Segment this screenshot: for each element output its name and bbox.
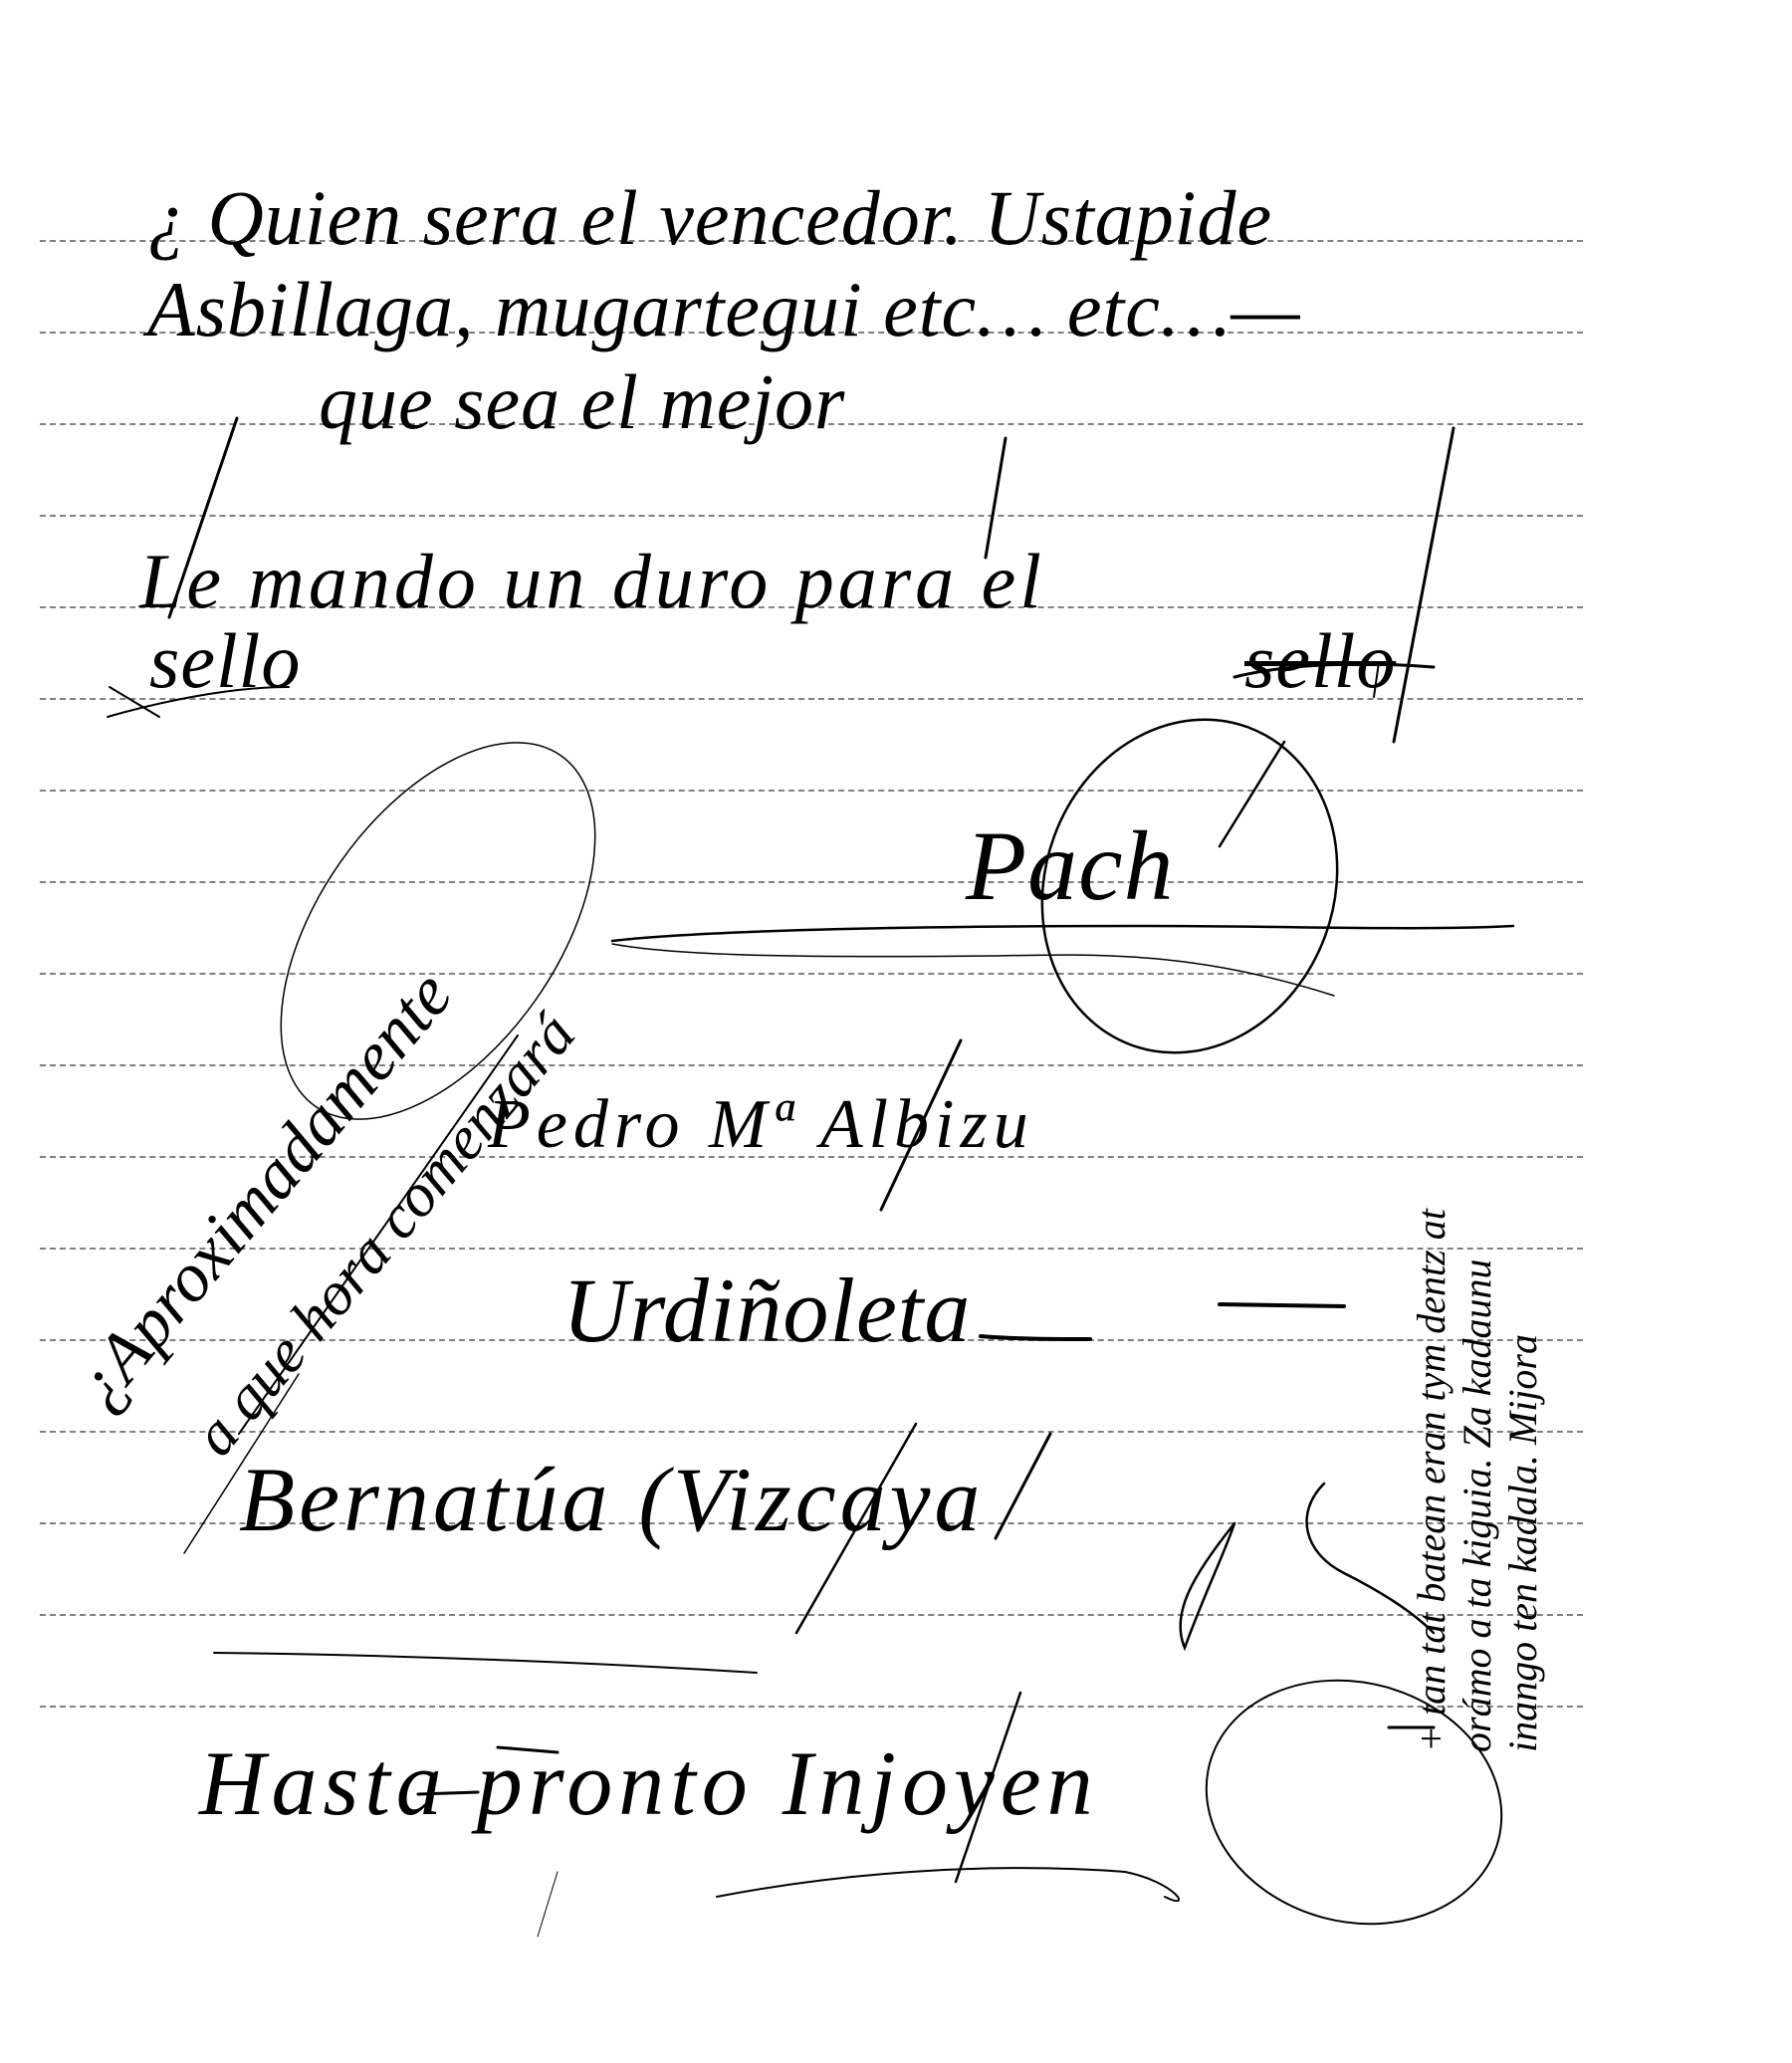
faint-stroke xyxy=(538,1872,558,1937)
signature-name-line-1: Pedro Mª Albizu xyxy=(488,1090,1034,1160)
closing-swoop xyxy=(717,1868,1179,1901)
body-line-5-struck-sello: sello xyxy=(1244,622,1396,700)
ruled-line xyxy=(40,1706,1583,1708)
letter-page: ¿ Quien sera el vencedor. Ustapide Asbil… xyxy=(0,0,1792,2063)
margin-note-line-2: orámo a ta kiguia. Za kadaunu xyxy=(1455,1209,1500,1752)
pach-flourish-lower xyxy=(612,944,1334,996)
hasta-upper-line xyxy=(214,1653,757,1673)
body-line-4: Le mando un duro para el xyxy=(139,543,1045,620)
body-line-5-sello: sello xyxy=(149,622,301,700)
margin-note-line-3: inango ten kadala. Mijora xyxy=(1500,1209,1546,1752)
pach-flourish xyxy=(612,926,1513,941)
ruled-line xyxy=(40,1248,1583,1250)
margin-note: + tan tat batean eran tym dentz at orámo… xyxy=(1409,1209,1546,1752)
pach-downstroke xyxy=(1220,742,1284,846)
ruled-line xyxy=(40,790,1583,792)
descender-stroke xyxy=(1394,428,1454,742)
vizcaya-y-loop xyxy=(1181,1523,1234,1648)
body-line-1: ¿ Quien sera el vencedor. Ustapide xyxy=(147,179,1272,257)
ruled-line xyxy=(40,973,1583,975)
body-line-2: Asbillaga, mugartegui etc… etc…— xyxy=(147,271,1301,348)
margin-note-line-1: + tan tat batean eran tym dentz at xyxy=(1409,1209,1455,1752)
body-line-3: que sea el mejor xyxy=(319,363,845,441)
signature-name-line-2: Urdiñoleta xyxy=(562,1264,971,1356)
ruled-line xyxy=(40,1614,1583,1616)
ruled-line xyxy=(40,881,1583,883)
ruled-line xyxy=(40,1064,1583,1066)
signature-initial: Pach xyxy=(966,816,1174,916)
ruled-line xyxy=(40,1431,1583,1433)
dash-after-urdinoleta xyxy=(1220,1304,1344,1306)
ruled-line xyxy=(40,515,1583,517)
closing-line: Hasta pronto Injoyen xyxy=(199,1737,1099,1829)
signature-place: Bernatúa (Vizcaya xyxy=(239,1454,984,1545)
